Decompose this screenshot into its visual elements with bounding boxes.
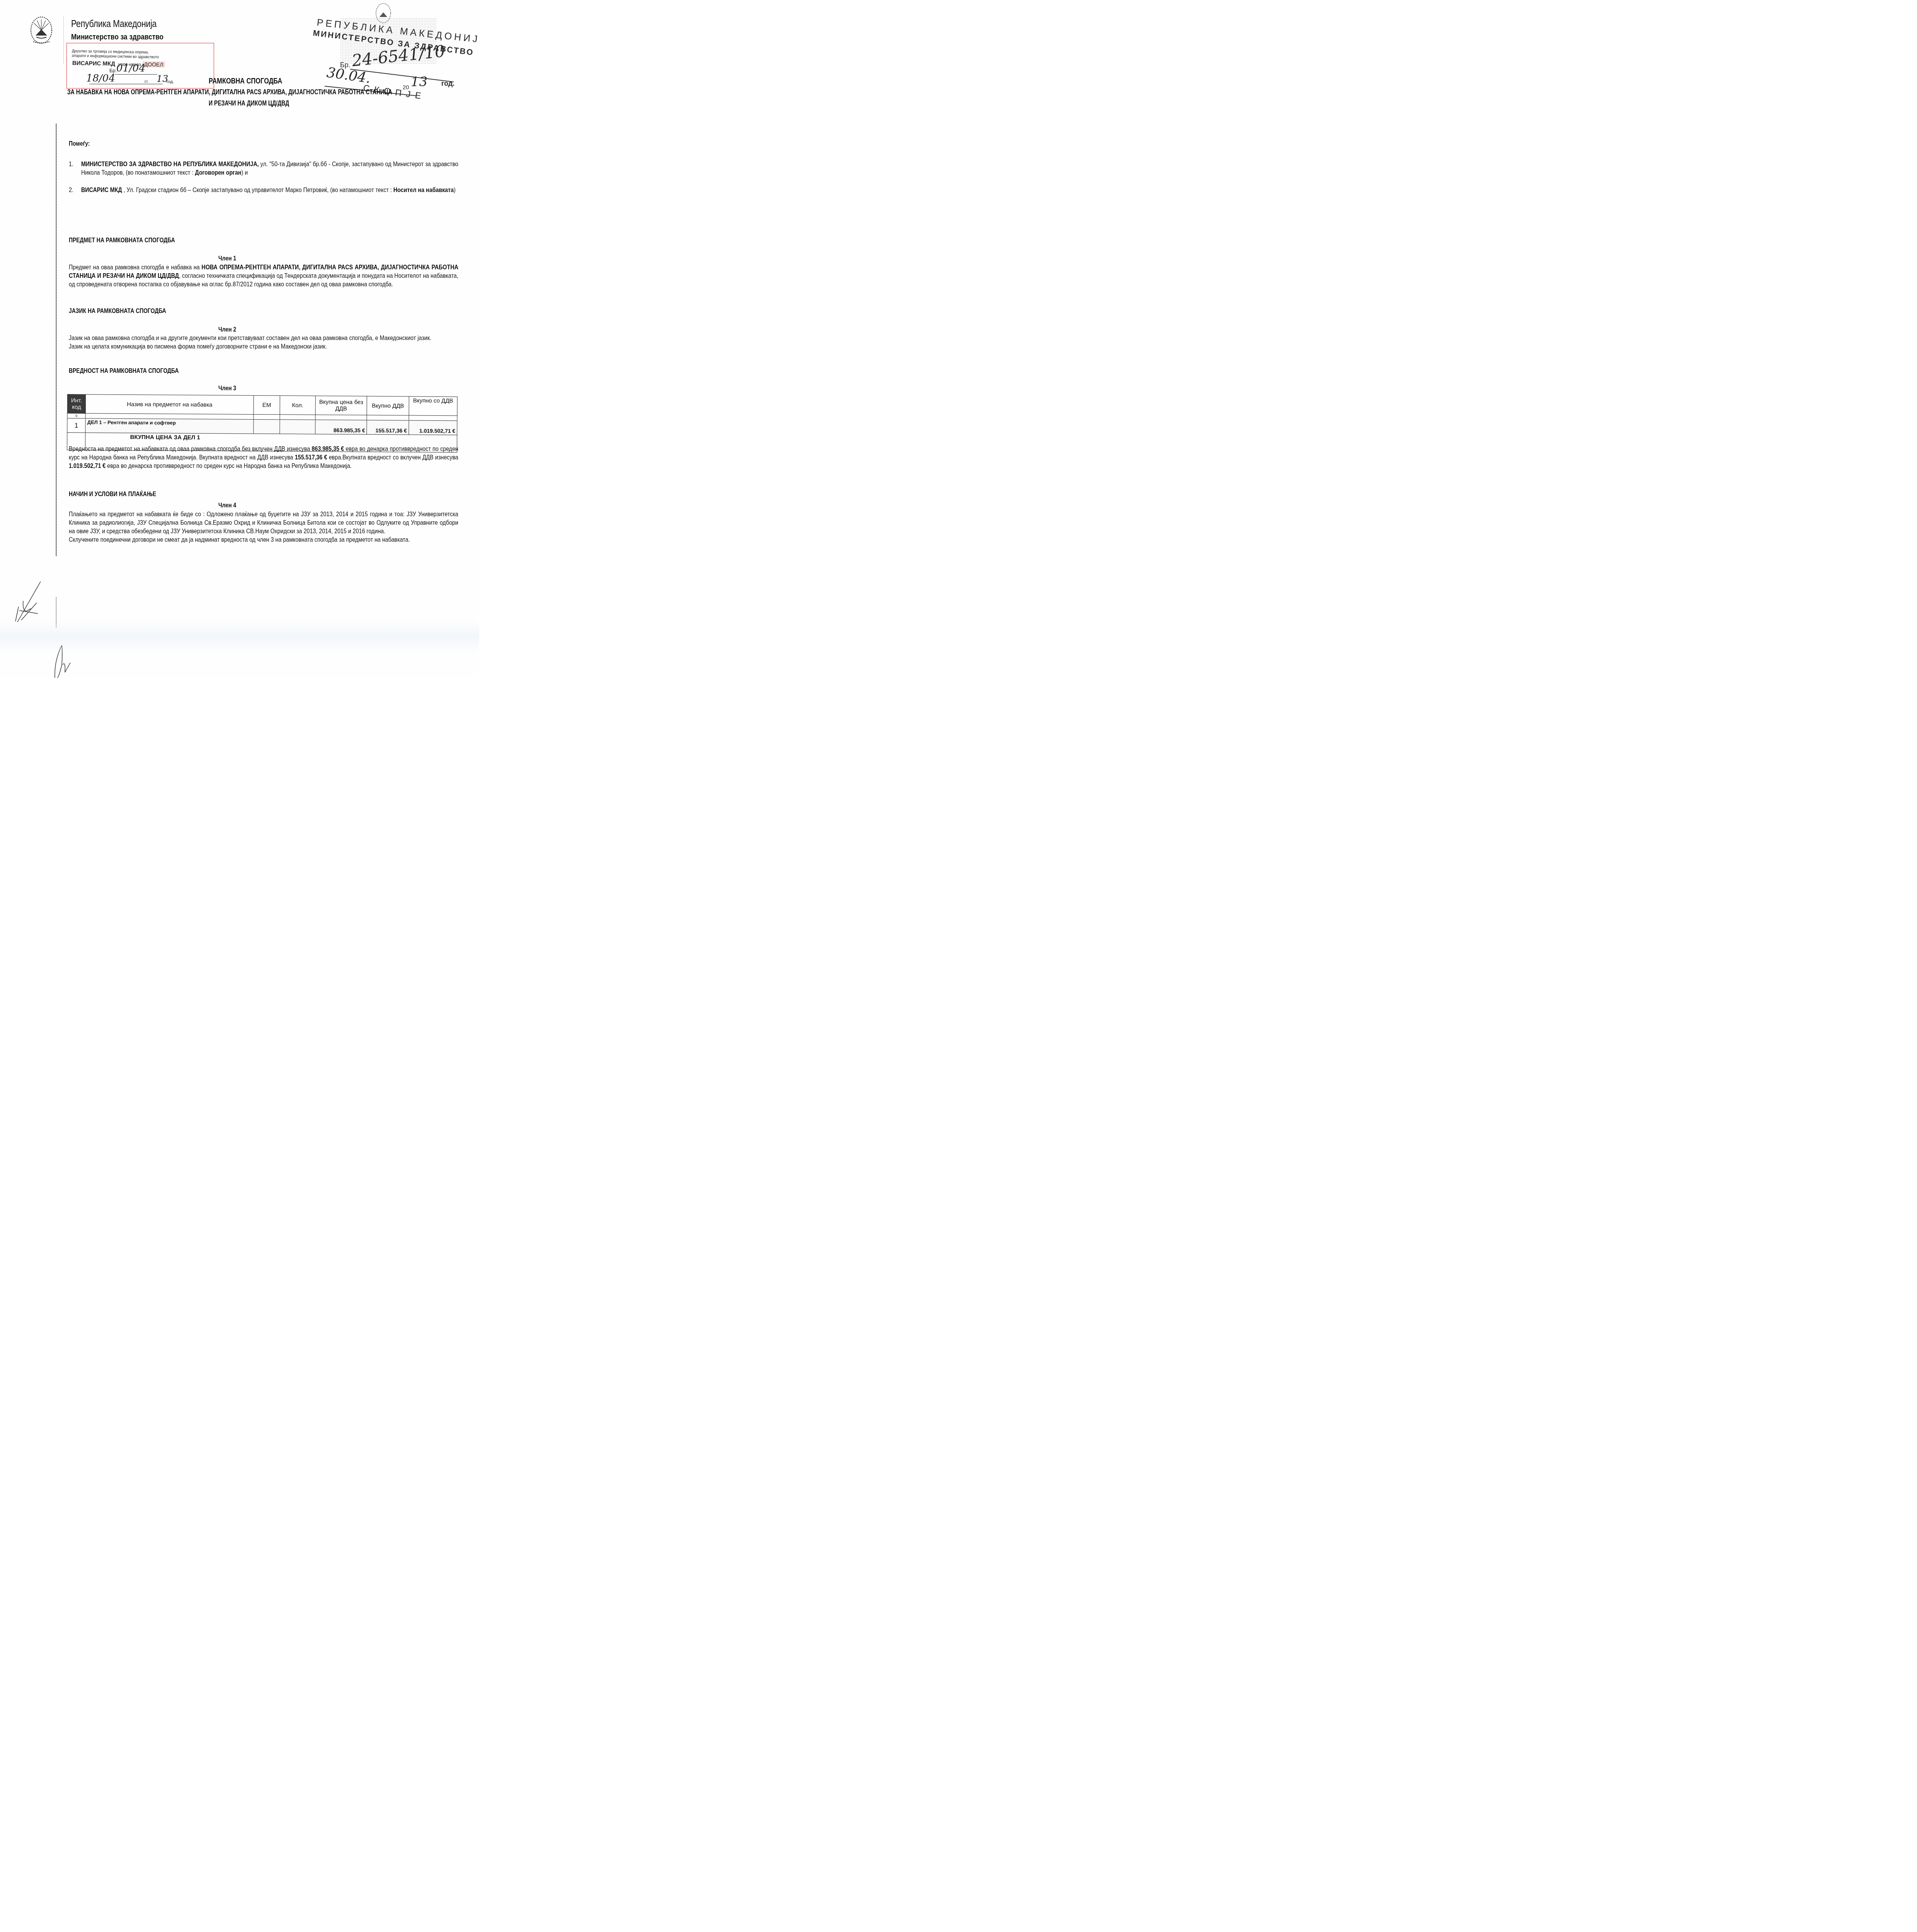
party-name: ВИСАРИС МКД — [81, 186, 122, 194]
signature-icon — [8, 580, 43, 624]
party-role: Носител на набавката — [393, 186, 454, 194]
article-1-text-a: Предмет на оваа рамковна спогодба е наба… — [69, 264, 202, 271]
article-1-label: Член 1 — [218, 255, 236, 262]
index-cell: 0 — [67, 413, 85, 418]
stamp-year-suffix: год. — [441, 80, 454, 88]
article-3-label: Член 3 — [218, 384, 236, 392]
party-number: 2. — [69, 186, 73, 194]
document-subtitle-line2: И РЕЗАЧИ НА ДИКОМ ЦД/ДВД — [209, 99, 289, 108]
article-2-label: Член 2 — [218, 326, 236, 333]
col-header-code: Инт. код — [67, 395, 86, 413]
stamp-coat-of-arms-icon — [375, 2, 392, 24]
stamp-number-underline — [115, 74, 157, 75]
col-header-qty: Кол. — [280, 396, 315, 415]
table-header-row: Инт. код Назив на предметот на набавка Е… — [67, 395, 457, 416]
value-table: Инт. код Назив на предметот на набавка Е… — [67, 394, 458, 452]
party-ministry: 1. МИНИСТЕРСТВО ЗА ЗДРАВСТВО НА РЕПУБЛИК… — [69, 160, 458, 177]
ministry-receipt-stamp: РЕПУБЛИКА МАКЕДОНИЈА МИНИСТЕРСТВО ЗА ЗДР… — [301, 0, 468, 81]
section-heading-payment: НАЧИН И УСЛОВИ НА ПЛАЌАЊЕ — [69, 490, 156, 498]
coat-of-arms-icon — [29, 15, 53, 45]
article-1-text: Предмет на оваа рамковна спогодба е наба… — [69, 263, 458, 289]
article-2-paragraph-2: Јазик на целата комуникација во писмена … — [69, 342, 458, 351]
letterhead-country: Република Македонија — [71, 18, 156, 30]
document-title: РАМКОВНА СПОГОДБА — [209, 77, 282, 86]
row-name: ДЕЛ 1 – Рентген апарати и софтвер — [85, 418, 253, 434]
article-4-text: Плаќањето на предметот на набавката ќе б… — [69, 510, 458, 544]
empty-cell — [253, 414, 280, 419]
article-4-paragraph-2: Склучените поединечни договори не смеат … — [69, 536, 458, 544]
value-text-c: евра.Вкупната вредност со вклучен ДДВ из… — [327, 454, 458, 461]
scan-artifact-band — [0, 620, 479, 653]
row-unit — [253, 419, 280, 434]
section-heading-language: ЈАЗИК НА РАМКОВНАТА СПОГОДБА — [69, 307, 166, 315]
parties-intro: Помеѓу: — [69, 140, 90, 148]
stamp-year-suffix: год. — [167, 80, 174, 84]
value-text-d: евра во денарска противвредност по среде… — [105, 462, 352, 469]
stamp-year-handwritten: 13 — [411, 74, 427, 90]
stamp-company: ВИСАРИС МКД — [72, 60, 115, 67]
party-tail: ) — [454, 186, 456, 194]
empty-cell — [367, 415, 408, 420]
stamp-number-handwritten: 01/04 — [116, 63, 145, 74]
article-2-text: Јазик на оваа рамковна спогодба и на дру… — [69, 334, 458, 351]
row-gross-total: 1.019.502,71 € — [409, 420, 457, 435]
col-header-name: Назив на предметот на набавка — [86, 395, 254, 415]
col-header-net: Вкупна цена без ДДВ — [315, 396, 367, 415]
party-number: 1. — [69, 160, 73, 168]
document-page: Република Македонија Министерство за здр… — [0, 0, 479, 678]
empty-cell — [409, 415, 457, 421]
party-visaris: 2. ВИСАРИС МКД , Ул. Градски стадион бб … — [69, 186, 458, 194]
stamp-date-handwritten: 18/04 — [86, 73, 115, 84]
value-vat: 155.517,36 € — [295, 454, 327, 461]
value-gross: 1.019.502,71 € — [69, 462, 105, 469]
table-row: 1 ДЕЛ 1 – Рентген апарати и софтвер 863.… — [67, 418, 457, 435]
stamp-company-type: ДООЕЛ — [143, 61, 165, 68]
article-3-text: Вредноста на предметот на набавката од о… — [69, 445, 458, 470]
value-net: 863.985,35 € — [312, 445, 344, 452]
col-header-gross: Вкупно со ДДВ — [409, 396, 458, 416]
article-4-label: Член 4 — [218, 502, 236, 509]
stamp-year-prefix: 20 — [144, 80, 148, 83]
empty-cell — [280, 415, 315, 420]
letterhead-divider — [63, 17, 64, 63]
col-header-vat: Вкупно ДДВ — [367, 396, 409, 415]
row-code: 1 — [67, 418, 86, 433]
letterhead-ministry: Министерство за здравство — [71, 32, 163, 42]
party-role: Договорен орган — [195, 169, 242, 176]
party-details: , Ул. Градски стадион бб – Скопје застап… — [122, 186, 393, 194]
stamp-desc-line2: апарати и информациони системи во здравс… — [72, 53, 159, 60]
section-heading-subject: ПРЕДМЕТ НА РАМКОВНАТА СПОГОДБА — [69, 236, 175, 244]
empty-cell — [315, 415, 367, 420]
row-qty — [280, 420, 315, 434]
value-text-a: Вредноста на предметот на набавката од о… — [69, 445, 312, 452]
scan-margin-line — [56, 124, 57, 556]
article-2-paragraph-1: Јазик на оваа рамковна спогодба и на дру… — [69, 334, 458, 342]
article-4-paragraph-1: Плаќањето на предметот на набавката ќе б… — [69, 510, 458, 536]
section-heading-value: ВРЕДНОСТ НА РАМКОВНАТА СПОГОДБА — [69, 367, 179, 375]
document-subtitle-line1: ЗА НАБАВКА НА НОВА ОПРЕМА-РЕНТГЕН АПАРАТ… — [67, 88, 392, 97]
incoming-registration-stamp: Друштво за трговија со медицинска опрема… — [66, 43, 214, 88]
col-header-unit: ЕМ — [253, 395, 280, 414]
stamp-date-underline — [89, 84, 163, 84]
stamp-company-description: Друштво за трговија со медицинска опрема… — [72, 49, 193, 60]
party-tail: ) и — [242, 169, 248, 176]
row-net-total: 863.985,35 € — [315, 420, 367, 434]
party-name: МИНИСТЕРСТВО ЗА ЗДРАВСТВО НА РЕПУБЛИКА М… — [81, 160, 259, 168]
row-vat-total: 155.517,36 € — [367, 420, 409, 435]
